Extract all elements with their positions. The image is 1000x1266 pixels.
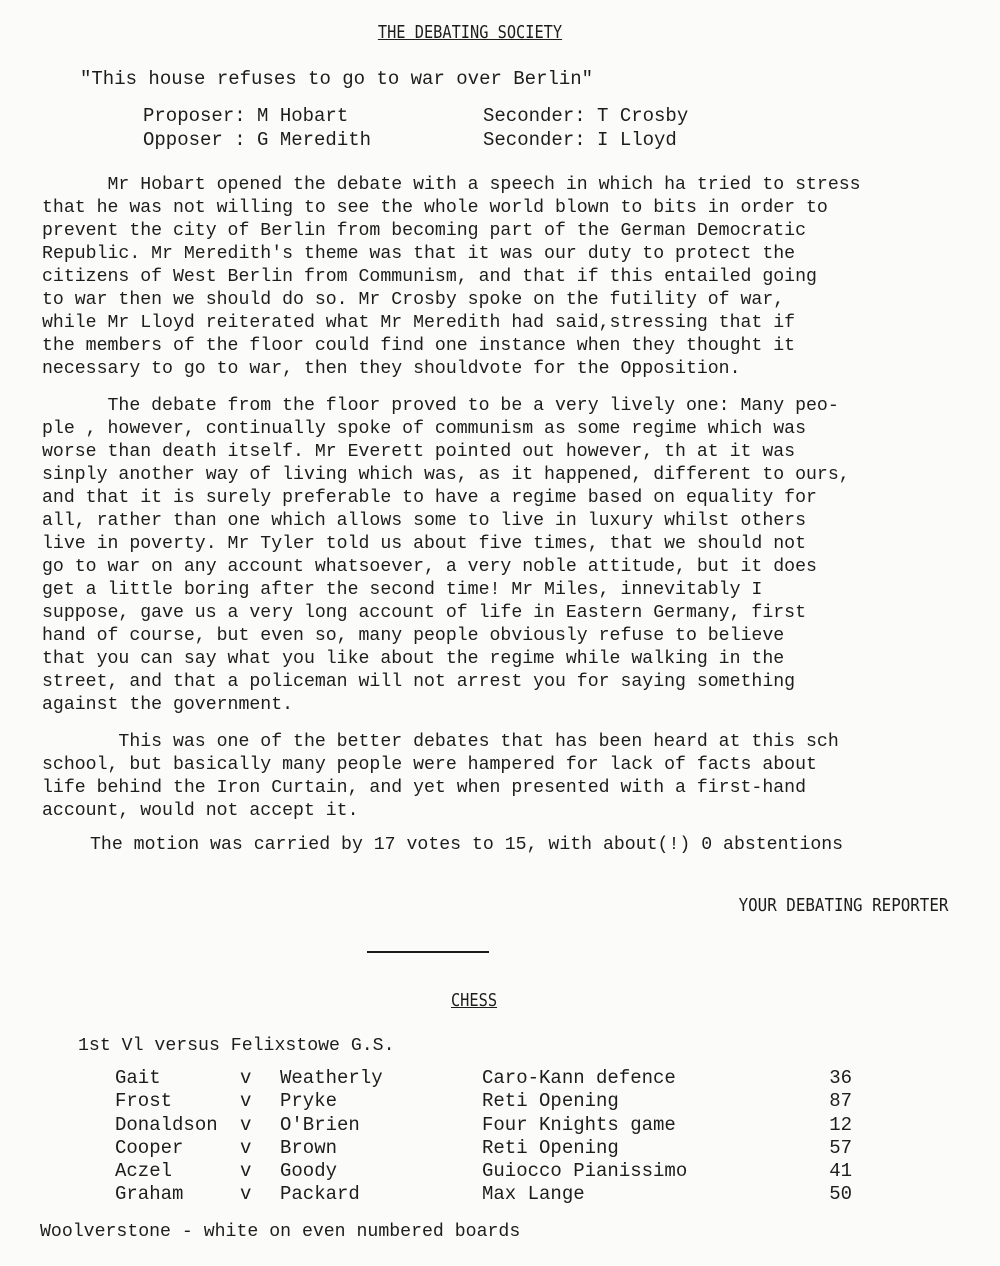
- black-player: Brown: [280, 1137, 482, 1160]
- table-row: Aczel v Goody Guiocco Pianissimo 41: [115, 1160, 852, 1183]
- versus: v: [240, 1067, 280, 1090]
- move-count: 41: [812, 1160, 852, 1183]
- white-player: Donaldson: [115, 1114, 240, 1137]
- opening: Reti Opening: [482, 1090, 812, 1113]
- white-player: Frost: [115, 1090, 240, 1113]
- white-player: Graham: [115, 1183, 240, 1206]
- speakers-row: Opposer : G Meredith Seconder: I Lloyd: [143, 128, 688, 152]
- section-divider: [367, 951, 489, 953]
- black-player: Packard: [280, 1183, 482, 1206]
- proposer: Proposer: M Hobart: [143, 104, 483, 128]
- speakers-list: Proposer: M Hobart Seconder: T Crosby Op…: [143, 104, 688, 152]
- table-row: Cooper v Brown Reti Opening 57: [115, 1137, 852, 1160]
- move-count: 87: [812, 1090, 852, 1113]
- paragraph-opening-speeches: Mr Hobart opened the debate with a speec…: [42, 174, 972, 381]
- paragraph-summary: This was one of the better debates that …: [42, 731, 972, 823]
- opening: Four Knights game: [482, 1114, 812, 1137]
- opposer: Opposer : G Meredith: [143, 128, 483, 152]
- versus: v: [240, 1090, 280, 1113]
- vote-result: The motion was carried by 17 votes to 15…: [90, 835, 843, 855]
- black-player: Weatherly: [280, 1067, 482, 1090]
- move-count: 50: [812, 1183, 852, 1206]
- black-player: Goody: [280, 1160, 482, 1183]
- opening: Guiocco Pianissimo: [482, 1160, 812, 1183]
- table-row: Graham v Packard Max Lange 50: [115, 1183, 852, 1206]
- section-title-debating: THE DEBATING SOCIETY: [71, 22, 870, 43]
- opening: Reti Opening: [482, 1137, 812, 1160]
- versus: v: [240, 1183, 280, 1206]
- chess-games-table: Gait v Weatherly Caro-Kann defence 36 Fr…: [115, 1067, 852, 1207]
- white-player: Gait: [115, 1067, 240, 1090]
- versus: v: [240, 1114, 280, 1137]
- table-row: Gait v Weatherly Caro-Kann defence 36: [115, 1067, 852, 1090]
- black-player: O'Brien: [280, 1114, 482, 1137]
- proposer-seconder: Seconder: T Crosby: [483, 104, 688, 128]
- paragraph-floor-debate: The debate from the floor proved to be a…: [42, 395, 972, 717]
- chess-note: Woolverstone - white on even numbered bo…: [40, 1222, 520, 1242]
- opening: Caro-Kann defence: [482, 1067, 812, 1090]
- table-row: Frost v Pryke Reti Opening 87: [115, 1090, 852, 1113]
- section-title-chess: CHESS: [71, 990, 877, 1011]
- white-player: Cooper: [115, 1137, 240, 1160]
- reporter-signature: YOUR DEBATING REPORTER: [738, 895, 948, 916]
- speakers-row: Proposer: M Hobart Seconder: T Crosby: [143, 104, 688, 128]
- debate-motion: "This house refuses to go to war over Be…: [80, 68, 593, 90]
- move-count: 12: [812, 1114, 852, 1137]
- opening: Max Lange: [482, 1183, 812, 1206]
- opposer-seconder: Seconder: I Lloyd: [483, 128, 677, 152]
- versus: v: [240, 1160, 280, 1183]
- chess-match-heading: 1st Vl versus Felixstowe G.S.: [78, 1036, 395, 1056]
- document-page: THE DEBATING SOCIETY "This house refuses…: [0, 0, 1000, 1266]
- table-row: Donaldson v O'Brien Four Knights game 12: [115, 1114, 852, 1137]
- versus: v: [240, 1137, 280, 1160]
- move-count: 36: [812, 1067, 852, 1090]
- white-player: Aczel: [115, 1160, 240, 1183]
- move-count: 57: [812, 1137, 852, 1160]
- black-player: Pryke: [280, 1090, 482, 1113]
